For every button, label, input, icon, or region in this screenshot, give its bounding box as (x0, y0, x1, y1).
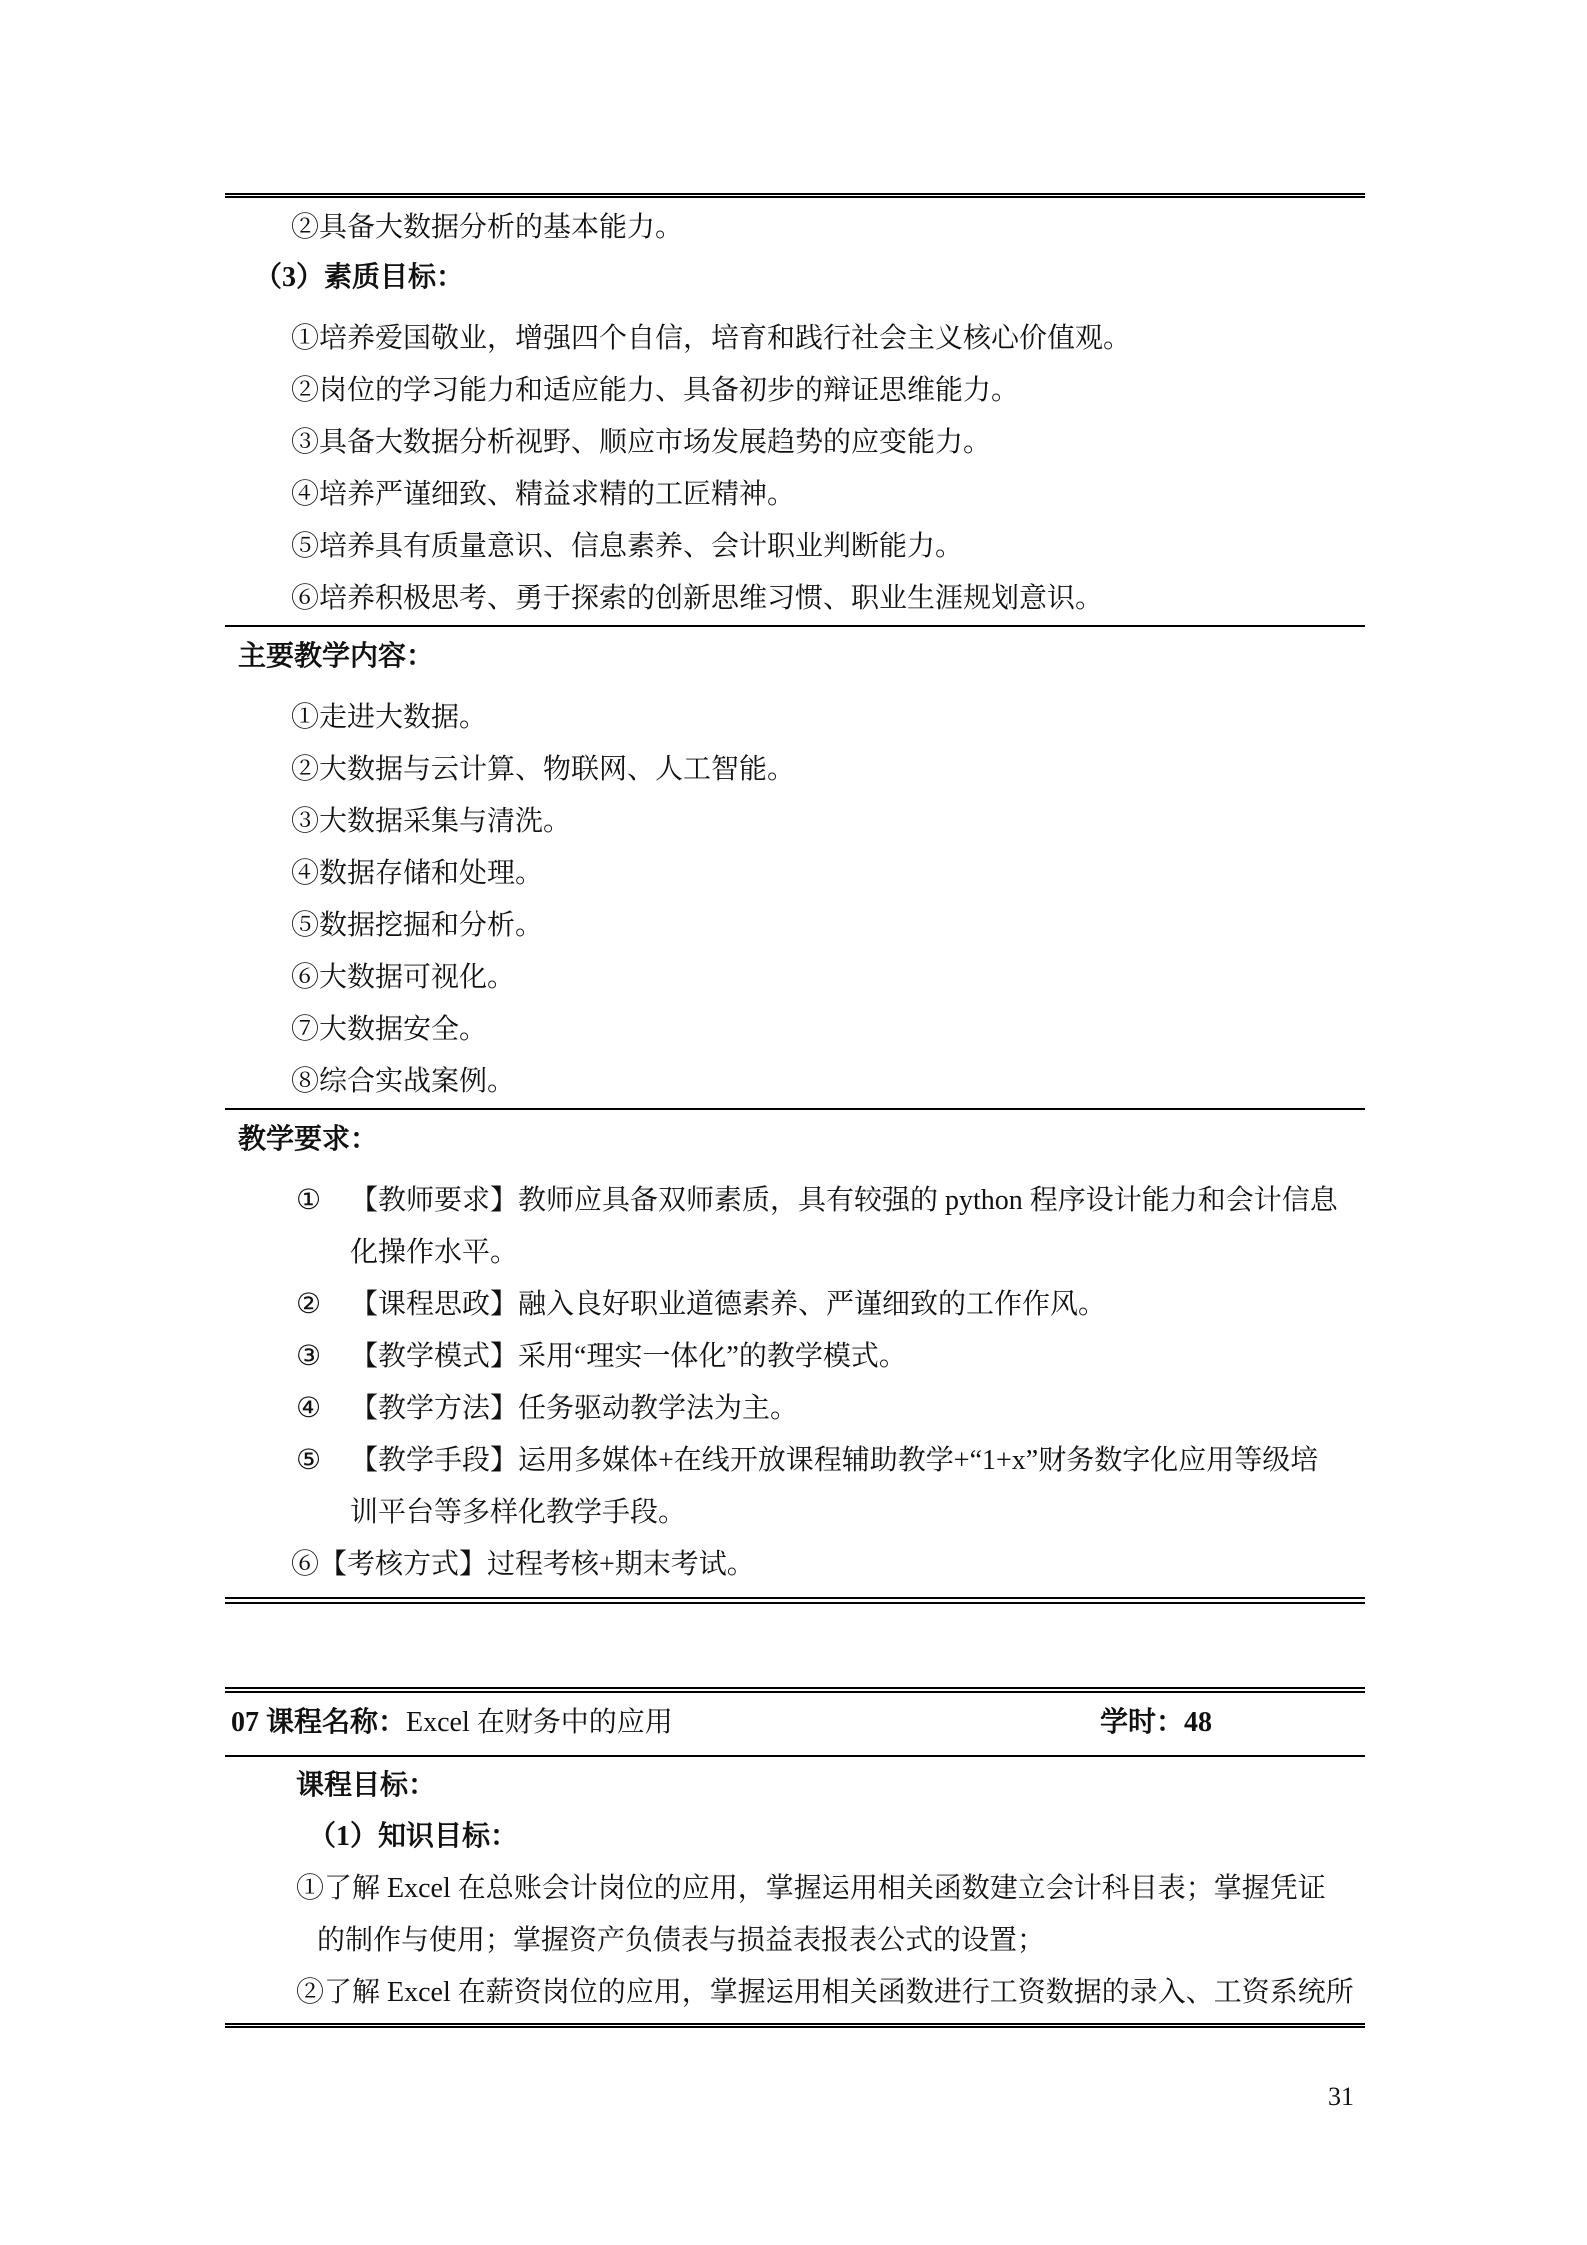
requirement-number: ④ (296, 1383, 321, 1435)
course07-title-label: 07 课程名称： (231, 1707, 406, 1738)
quality-objectives-list: ①培养爱国敬业，增强四个自信，培育和践行社会主义核心价值观。 ②岗位的学习能力和… (225, 313, 1365, 625)
teaching-content-item: ⑥大数据可视化。 (225, 952, 1365, 1004)
teaching-content-list: ①走进大数据。 ②大数据与云计算、物联网、人工智能。 ③大数据采集与清洗。 ④数… (225, 692, 1365, 1108)
requirement-text: 【教学手段】运用多媒体+在线开放课程辅助教学+“1+x”财务数字化应用等级培 (350, 1445, 1318, 1476)
quality-objective-item: ⑤培养具有质量意识、信息素养、会计职业判断能力。 (225, 521, 1365, 573)
teaching-content-item: ③大数据采集与清洗。 (225, 796, 1365, 848)
course-table-07: 07 课程名称：Excel 在财务中的应用 学时：48 课程目标： （1）知识目… (225, 1687, 1365, 2028)
requirement-text: 【教学模式】采用“理实一体化”的教学模式。 (350, 1341, 907, 1372)
page-number: 31 (1328, 2082, 1354, 2112)
quality-objective-item: ②岗位的学习能力和适应能力、具备初步的辩证思维能力。 (225, 365, 1365, 417)
teaching-content-item: ⑧综合实战案例。 (225, 1056, 1365, 1108)
requirement-item: ①【教师要求】教师应具备双师素质，具有较强的 python 程序设计能力和会计信… (225, 1175, 1365, 1227)
requirement-item: ⑥【考核方式】过程考核+期末考试。 (225, 1539, 1365, 1591)
requirement-text: 【课程思政】融入良好职业道德素养、严谨细致的工作作风。 (350, 1289, 1106, 1320)
requirement-continuation: 化操作水平。 (225, 1227, 1365, 1279)
knowledge-goal-line: ②了解 Excel 在薪资岗位的应用，掌握运用相关函数进行工资数据的录入、工资系… (225, 1967, 1365, 2019)
quality-objective-item: ④培养严谨细致、精益求精的工匠精神。 (225, 469, 1365, 521)
knowledge-goal-line: ①了解 Excel 在总账会计岗位的应用，掌握运用相关函数建立会计科目表；掌握凭… (225, 1863, 1365, 1915)
course07-header-row: 07 课程名称：Excel 在财务中的应用 学时：48 (225, 1693, 1365, 1757)
requirement-item: ⑤【教学手段】运用多媒体+在线开放课程辅助教学+“1+x”财务数字化应用等级培 (225, 1435, 1365, 1487)
ability-objective-line: ②具备大数据分析的基本能力。 (225, 203, 1365, 253)
quality-objectives-header: （3）素质目标： (225, 253, 1365, 303)
teaching-content-item: ②大数据与云计算、物联网、人工智能。 (225, 744, 1365, 796)
requirement-item: ④【教学方法】任务驱动教学法为主。 (225, 1383, 1365, 1435)
requirement-number: ⑤ (296, 1435, 321, 1487)
requirement-item: ②【课程思政】融入良好职业道德素养、严谨细致的工作作风。 (225, 1279, 1365, 1331)
requirement-number: ③ (296, 1331, 321, 1383)
knowledge-goals-header: （1）知识目标： (225, 1811, 1365, 1863)
teaching-requirements-list: ①【教师要求】教师应具备双师素质，具有较强的 python 程序设计能力和会计信… (225, 1175, 1365, 1591)
teaching-content-header: 主要教学内容： (225, 632, 1365, 682)
document-content: ②具备大数据分析的基本能力。 （3）素质目标： ①培养爱国敬业，增强四个自信，培… (225, 193, 1365, 2028)
quality-objective-item: ⑥培养积极思考、勇于探索的创新思维习惯、职业生涯规划意识。 (225, 573, 1365, 625)
quality-objective-item: ①培养爱国敬业，增强四个自信，培育和践行社会主义核心价值观。 (225, 313, 1365, 365)
teaching-content-item: ⑤数据挖掘和分析。 (225, 900, 1365, 952)
course-goals-header: 课程目标： (225, 1761, 1365, 1811)
teaching-requirements-row: 教学要求： ①【教师要求】教师应具备双师素质，具有较强的 python 程序设计… (225, 1110, 1365, 1597)
course07-title-value: Excel 在财务中的应用 (406, 1707, 673, 1738)
teaching-content-row: 主要教学内容： ①走进大数据。 ②大数据与云计算、物联网、人工智能。 ③大数据采… (225, 627, 1365, 1110)
course07-goals-row: 课程目标： （1）知识目标： ①了解 Excel 在总账会计岗位的应用，掌握运用… (225, 1757, 1365, 2023)
course-table-prev: ②具备大数据分析的基本能力。 （3）素质目标： ①培养爱国敬业，增强四个自信，培… (225, 193, 1365, 1604)
teaching-content-item: ①走进大数据。 (225, 692, 1365, 744)
teaching-requirements-header: 教学要求： (225, 1115, 1365, 1165)
requirement-number: ② (296, 1279, 321, 1331)
requirement-continuation: 训平台等多样化教学手段。 (225, 1487, 1365, 1539)
course07-hours: 学时：48 (1100, 1698, 1212, 1748)
knowledge-goal-line: 的制作与使用；掌握资产负债表与损益表报表公式的设置； (225, 1915, 1365, 1967)
requirement-item: ③【教学模式】采用“理实一体化”的教学模式。 (225, 1331, 1365, 1383)
requirement-text: 【教学方法】任务驱动教学法为主。 (350, 1393, 798, 1424)
requirement-text: 【教师要求】教师应具备双师素质，具有较强的 python 程序设计能力和会计信息 (350, 1185, 1338, 1216)
document-page: ②具备大数据分析的基本能力。 （3）素质目标： ①培养爱国敬业，增强四个自信，培… (0, 0, 1587, 2245)
quality-objective-item: ③具备大数据分析视野、顺应市场发展趋势的应变能力。 (225, 417, 1365, 469)
teaching-content-item: ④数据存储和处理。 (225, 848, 1365, 900)
requirement-number: ① (296, 1175, 321, 1227)
course-objectives-row: ②具备大数据分析的基本能力。 （3）素质目标： ①培养爱国敬业，增强四个自信，培… (225, 198, 1365, 627)
teaching-content-item: ⑦大数据安全。 (225, 1004, 1365, 1056)
